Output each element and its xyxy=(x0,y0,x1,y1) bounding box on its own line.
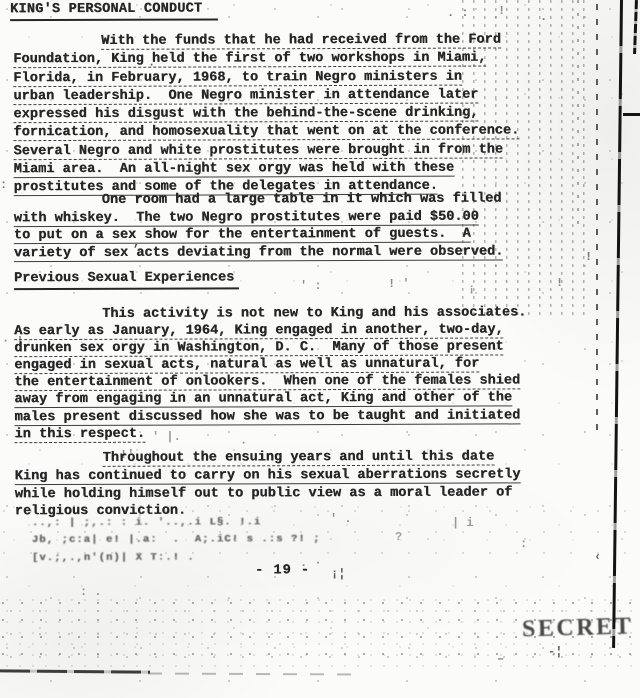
text-line: Throughout the ensuing years and until t… xyxy=(15,448,612,468)
document-subheading: Previous Sexual Experiences xyxy=(14,270,239,290)
text-line: With the funds that he had received from… xyxy=(13,31,610,51)
text-line: drunken sex orgy in Washington, D. C. Ma… xyxy=(14,338,611,357)
page-number: - 19 - xyxy=(255,563,310,578)
paragraph-ensuing: Throughout the ensuing years and until t… xyxy=(15,448,612,521)
document-heading: KING'S PERSONAL CONDUCT xyxy=(10,1,218,21)
text-line: fornication, and homosexuality that went… xyxy=(13,123,610,143)
scanned-document-page: KING'S PERSONAL CONDUCT With the funds t… xyxy=(0,0,640,698)
text-line: Foundation, King held the first of two w… xyxy=(13,49,610,69)
secret-stamp: SECRET xyxy=(522,613,634,643)
text-line: expressed his disgust with the behind-th… xyxy=(13,104,610,124)
text-line: to put on a sex show for the entertainme… xyxy=(14,225,611,245)
paragraph-room: One room had a large table in it which w… xyxy=(14,190,611,263)
text-line: males present discussed how she was to b… xyxy=(14,407,611,426)
bleedthrough-text: ..,: | ;,.: : i. '..,.i L§. !.iJb, ;c:a|… xyxy=(32,514,321,567)
text-line: urban leadership. One Negro minister in … xyxy=(13,86,610,106)
text-line: with whiskey. The two Negro prostitutes … xyxy=(14,208,611,228)
document-text: KING'S PERSONAL CONDUCT With the funds t… xyxy=(0,0,640,698)
text-line: in this respect. xyxy=(14,424,611,443)
bleedthrough-line: ..,: | ;,.: : i. '..,.i L§. !.i xyxy=(32,514,321,532)
text-line: King has continued to carry on his sexua… xyxy=(15,466,612,486)
text-line: One room had a large table in it which w… xyxy=(14,190,611,210)
paragraph-workshop: With the funds that he had received from… xyxy=(13,31,611,198)
text-line: away from engaging in an unnatural act, … xyxy=(14,390,611,409)
text-line: the entertainment of onlookers. When one… xyxy=(14,372,611,391)
paragraph-previous: This activity is not new to King and his… xyxy=(14,304,611,443)
text-line: Florida, in February, 1968, to train Neg… xyxy=(13,68,610,88)
text-line: variety of sex acts deviating from the n… xyxy=(14,243,611,263)
text-line: This activity is not new to King and his… xyxy=(14,304,611,323)
text-line: Miami area. An all-night sex orgy was he… xyxy=(14,159,611,179)
text-line: engaged in sexual acts, natural as well … xyxy=(14,355,611,374)
text-line: As early as January, 1964, King engaged … xyxy=(14,321,611,340)
text-line: while holding himself out to public view… xyxy=(15,484,612,504)
bleedthrough-line: Jb, ;c:a| e! |.a: . A;.iC! s .:s ?! ; xyxy=(32,531,321,549)
text-line: Several Negro and white prostitutes were… xyxy=(13,141,610,161)
